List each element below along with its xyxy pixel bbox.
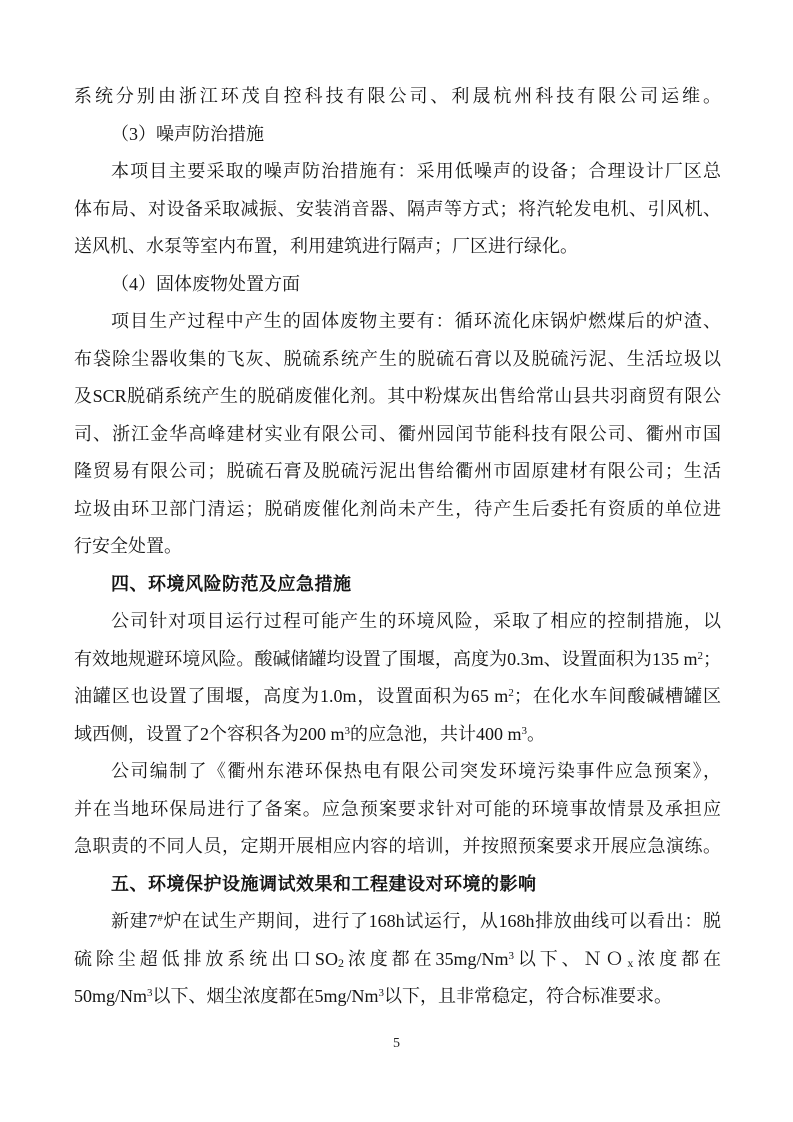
text-line: 并在当地环保局进行了备案。应急预案要求针对可能的环境事故情景及承担应 (74, 791, 721, 829)
text-line: 50mg/Nm3以下、烟尘浓度都在5mg/Nm3以下，且非常稳定，符合标准要求。 (74, 978, 721, 1016)
text-line: 急职责的不同人员，定期开展相应内容的培训，并按照预案要求开展应急演练。 (74, 828, 721, 866)
text-line: 油罐区也设置了围堰，高度为1.0m，设置面积为65 m2；在化水车间酸碱槽罐区 (74, 678, 721, 716)
text-line: 司、浙江金华高峰建材实业有限公司、衢州园闰节能科技有限公司、衢州市国 (74, 416, 721, 454)
text-line: 垃圾由环卫部门清运；脱硝废催化剂尚未产生，待产生后委托有资质的单位进 (74, 491, 721, 529)
text-line: 公司编制了《衢州东港环保热电有限公司突发环境污染事件应急预案》， (74, 753, 721, 791)
text-line: （3）噪声防治措施 (74, 116, 721, 154)
text-line: 有效地规避环境风险。酸碱储罐均设置了围堰，高度为0.3m、设置面积为135 m2… (74, 641, 721, 679)
document-page: 系统分别由浙江环茂自控科技有限公司、利晟杭州科技有限公司运维。（3）噪声防治措施… (0, 0, 793, 1122)
text-line: 硫除尘超低排放系统出口SO2浓度都在35mg/Nm3以下、ＮＯx浓度都在 (74, 941, 721, 979)
page-number: 5 (0, 1036, 793, 1052)
section-heading: 五、环境保护设施调试效果和工程建设对环境的影响 (74, 866, 721, 904)
text-line: 送风机、水泵等室内布置，利用建筑进行隔声；厂区进行绿化。 (74, 228, 721, 266)
text-line: 及SCR脱硝系统产生的脱硝废催化剂。其中粉煤灰出售给常山县共羽商贸有限公 (74, 378, 721, 416)
text-line: （4）固体废物处置方面 (74, 266, 721, 304)
text-line: 域西侧，设置了2个容积各为200 m3的应急池，共计400 m3。 (74, 716, 721, 754)
document-body: 系统分别由浙江环茂自控科技有限公司、利晟杭州科技有限公司运维。（3）噪声防治措施… (74, 78, 721, 1016)
text-line: 项目生产过程中产生的固体废物主要有：循环流化床锅炉燃煤后的炉渣、 (74, 303, 721, 341)
text-line: 公司针对项目运行过程可能产生的环境风险，采取了相应的控制措施，以 (74, 603, 721, 641)
text-line: 系统分别由浙江环茂自控科技有限公司、利晟杭州科技有限公司运维。 (74, 78, 721, 116)
text-line: 布袋除尘器收集的飞灰、脱硫系统产生的脱硫石膏以及脱硫污泥、生活垃圾以 (74, 341, 721, 379)
text-line: 体布局、对设备采取减振、安装消音器、隔声等方式；将汽轮发电机、引风机、 (74, 191, 721, 229)
section-heading: 四、环境风险防范及应急措施 (74, 566, 721, 604)
text-line: 本项目主要采取的噪声防治措施有：采用低噪声的设备；合理设计厂区总 (74, 153, 721, 191)
text-line: 行安全处置。 (74, 528, 721, 566)
text-line: 隆贸易有限公司；脱硫石膏及脱硫污泥出售给衢州市固原建材有限公司；生活 (74, 453, 721, 491)
text-line: 新建7#炉在试生产期间，进行了168h试运行，从168h排放曲线可以看出：脱 (74, 903, 721, 941)
